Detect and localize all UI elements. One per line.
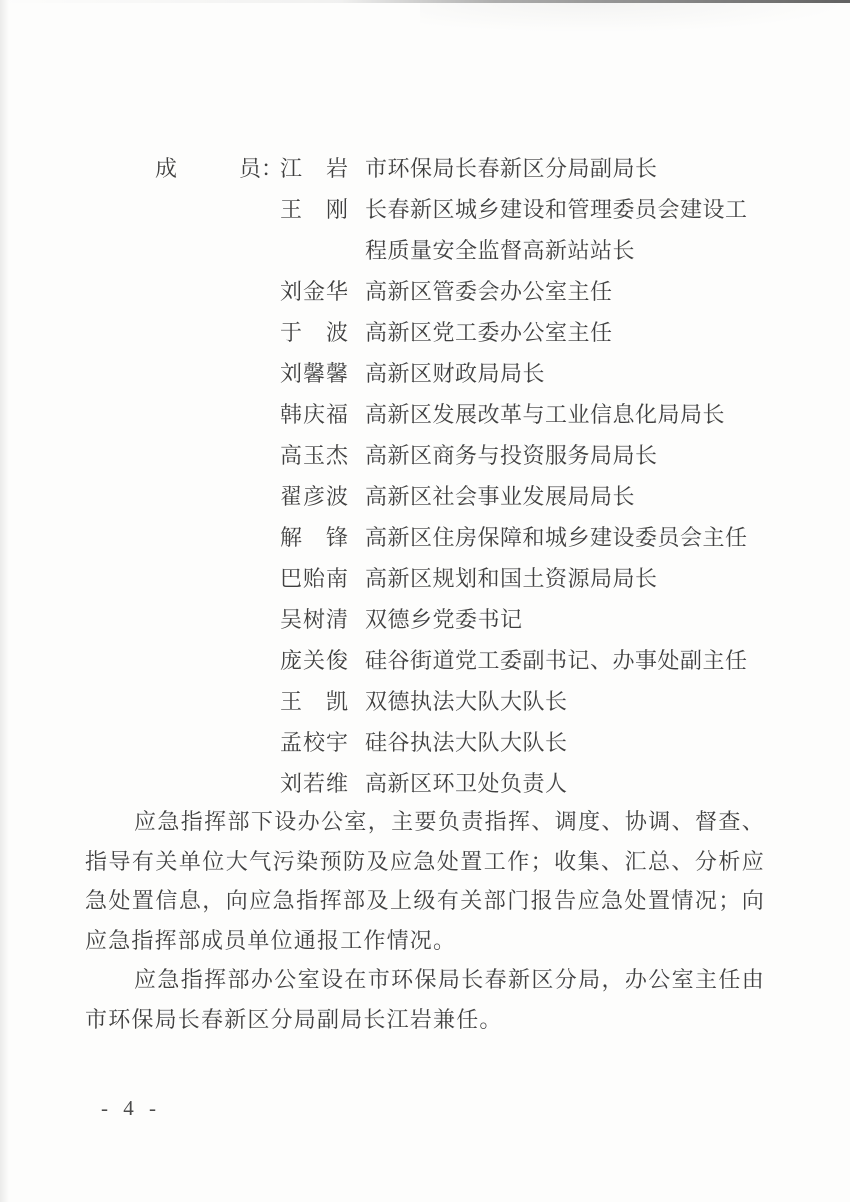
- member-name: 韩庆福: [280, 394, 348, 435]
- member-label-second-char: 员：: [239, 148, 283, 189]
- member-title: 高新区住房保障和城乡建设委员会主任: [365, 517, 765, 558]
- member-row: 解 锋 高新区住房保障和城乡建设委员会主任: [280, 517, 770, 558]
- member-name: 刘金华: [280, 271, 348, 312]
- member-title: 高新区环卫处负责人: [365, 763, 765, 804]
- member-name: 王 凯: [280, 681, 348, 722]
- member-row: 江 岩 市环保局长春新区分局副局长: [280, 148, 770, 189]
- member-name: 翟彦波: [280, 476, 348, 517]
- member-title: 高新区发展改革与工业信息化局局长: [365, 394, 765, 435]
- member-name: 于 波: [280, 312, 348, 353]
- scanned-document-page: 成 员： 江 岩 市环保局长春新区分局副局长 王 刚 长春新区城乡建设和管理委员…: [0, 0, 850, 1202]
- member-title: 高新区管委会办公室主任: [365, 271, 765, 312]
- member-title: 硅谷街道党工委副书记、办事处副主任: [365, 640, 765, 681]
- scan-edge-left: [0, 0, 9, 1202]
- member-name: 吴树清: [280, 599, 348, 640]
- page-number: - 4 -: [101, 1096, 161, 1121]
- member-name: 刘若维: [280, 763, 348, 804]
- member-row: 刘若维 高新区环卫处负责人: [280, 763, 770, 804]
- member-title: 市环保局长春新区分局副局长: [365, 148, 765, 189]
- member-title: 高新区党工委办公室主任: [365, 312, 765, 353]
- paragraph: 应急指挥部办公室设在市环保局长春新区分局，办公室主任由市环保局长春新区分局副局长…: [85, 960, 765, 1039]
- member-title: 双德乡党委书记: [365, 599, 765, 640]
- member-row: 翟彦波 高新区社会事业发展局局长: [280, 476, 770, 517]
- member-title: 高新区社会事业发展局局长: [365, 476, 765, 517]
- member-row: 高玉杰 高新区商务与投资服务局局长: [280, 435, 770, 476]
- member-row: 王 凯 双德执法大队大队长: [280, 681, 770, 722]
- member-name: 江 岩: [280, 148, 348, 189]
- member-row: 于 波 高新区党工委办公室主任: [280, 312, 770, 353]
- member-name: 刘馨馨: [280, 353, 348, 394]
- member-name: 庞关俊: [280, 640, 348, 681]
- member-name: 解 锋: [280, 517, 348, 558]
- member-list: 江 岩 市环保局长春新区分局副局长 王 刚 长春新区城乡建设和管理委员会建设工程…: [280, 148, 770, 804]
- member-section-label: 成 员：: [155, 148, 283, 189]
- member-title: 硅谷执法大队大队长: [365, 722, 765, 763]
- member-name: 巴贻南: [280, 558, 348, 599]
- member-title: 高新区商务与投资服务局局长: [365, 435, 765, 476]
- member-row: 巴贻南 高新区规划和国土资源局局长: [280, 558, 770, 599]
- member-name: 孟校宇: [280, 722, 348, 763]
- member-row: 刘金华 高新区管委会办公室主任: [280, 271, 770, 312]
- member-row: 孟校宇 硅谷执法大队大队长: [280, 722, 770, 763]
- member-title: 高新区财政局局长: [365, 353, 765, 394]
- member-title: 高新区规划和国土资源局局长: [365, 558, 765, 599]
- member-row: 韩庆福 高新区发展改革与工业信息化局局长: [280, 394, 770, 435]
- member-row: 刘馨馨 高新区财政局局长: [280, 353, 770, 394]
- member-row: 吴树清 双德乡党委书记: [280, 599, 770, 640]
- member-label-first-char: 成: [155, 148, 177, 189]
- paragraph: 应急指挥部下设办公室，主要负责指挥、调度、协调、督查、指导有关单位大气污染预防及…: [85, 802, 765, 960]
- member-title: 长春新区城乡建设和管理委员会建设工程质量安全监督高新站站长: [365, 189, 765, 271]
- member-row: 王 刚 长春新区城乡建设和管理委员会建设工程质量安全监督高新站站长: [280, 189, 770, 271]
- member-row: 庞关俊 硅谷街道党工委副书记、办事处副主任: [280, 640, 770, 681]
- member-title: 双德执法大队大队长: [365, 681, 765, 722]
- scan-haze: [420, 3, 850, 33]
- member-name: 高玉杰: [280, 435, 348, 476]
- body-paragraphs: 应急指挥部下设办公室，主要负责指挥、调度、协调、督查、指导有关单位大气污染预防及…: [85, 802, 765, 1039]
- member-name: 王 刚: [280, 189, 348, 230]
